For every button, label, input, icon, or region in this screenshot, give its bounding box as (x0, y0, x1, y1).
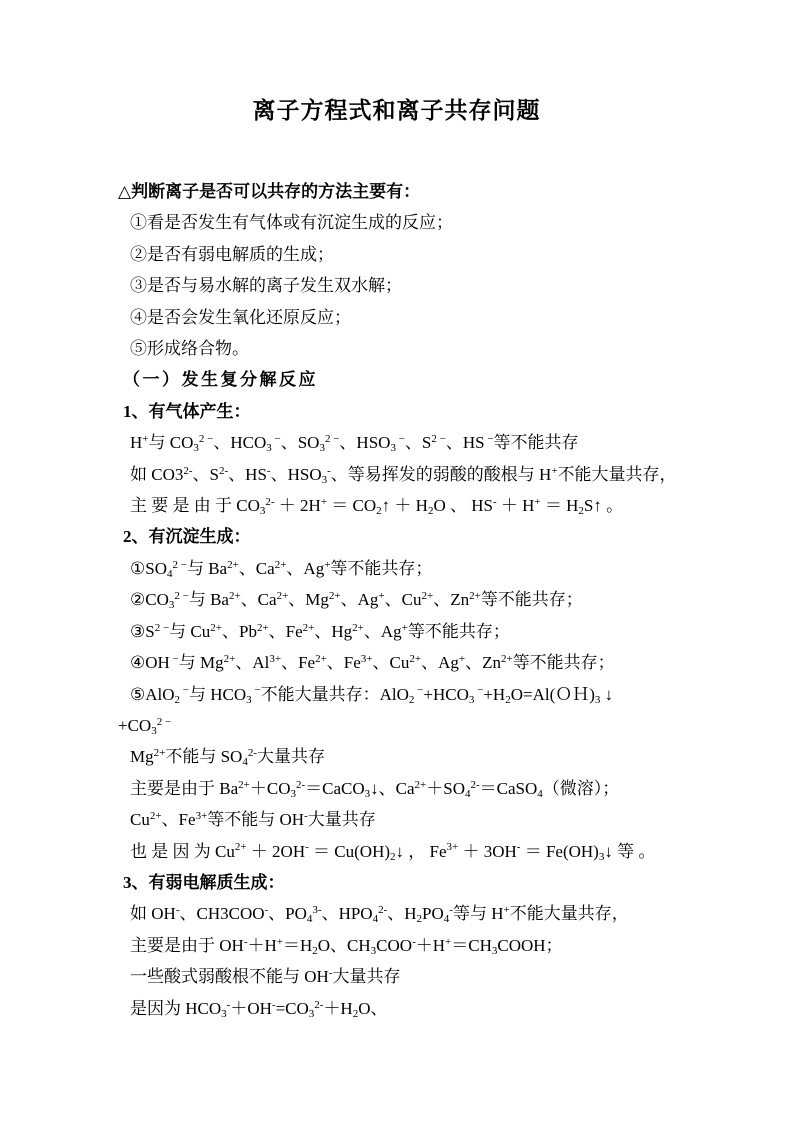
document-body: △判断离子是否可以共存的方法主要有：①看是否发生有气体或有沉淀生成的反应；②是否… (0, 176, 793, 1024)
paragraph-22: 也 是 因 为 Cu2+ ＋ 2OH- ＝ Cu(OH)2↓ ， Fe3+ ＋ … (118, 836, 703, 867)
paragraph-6: ⑤形成络合物。 (118, 333, 703, 364)
paragraph-7: （一）发生复分解反应 (118, 364, 703, 395)
paragraph-10: 如 CO32-、S2-、HS-、HSO3-、等易挥发的弱酸的酸根与 H+不能大量… (118, 459, 703, 490)
paragraph-23: 3、有弱电解质生成： (118, 867, 703, 898)
paragraph-26: 一些酸式弱酸根不能与 OH-大量共存 (118, 961, 703, 992)
paragraph-18: +CO32 − (118, 710, 703, 741)
document-page: 离子方程式和离子共存问题 △判断离子是否可以共存的方法主要有：①看是否发生有气体… (0, 0, 793, 1122)
paragraph-24: 如 OH-、CH3COO-、PO43-、HPO42-、H2PO4-等与 H+不能… (118, 898, 703, 929)
paragraph-1: △判断离子是否可以共存的方法主要有： (118, 176, 703, 207)
paragraph-19: Mg2+不能与 SO42-大量共存 (118, 741, 703, 772)
paragraph-5: ④是否会发生氧化还原反应； (118, 302, 703, 333)
paragraph-3: ②是否有弱电解质的生成； (118, 239, 703, 270)
paragraph-8: 1、有气体产生： (118, 396, 703, 427)
paragraph-27: 是因为 HCO3-＋OH-=CO32-＋H2O、 (118, 993, 703, 1024)
paragraph-25: 主要是由于 OH-＋H+＝H2O、CH3COO-＋H+＝CH3COOH； (118, 930, 703, 961)
paragraph-20: 主要是由于 Ba2+＋CO32-＝CaCO3↓、Ca2+＋SO42-＝CaSO4… (118, 773, 703, 804)
paragraph-21: Cu2+、Fe3+等不能与 OH-大量共存 (118, 804, 703, 835)
paragraph-11: 主 要 是 由 于 CO32- ＋ 2H+ ＝ CO2↑ ＋ H2O 、 HS-… (118, 490, 703, 521)
paragraph-14: ②CO32 −与 Ba2+、Ca2+、Mg2+、Ag+、Cu2+、Zn2+等不能… (118, 584, 703, 615)
paragraph-16: ④OH −与 Mg2+、Al3+、Fe2+、Fe3+、Cu2+、Ag+、Zn2+… (118, 647, 703, 678)
paragraph-9: H+与 CO32 −、HCO3 −、SO32 −、HSO3 −、S2 −、HS … (118, 427, 703, 458)
document-title: 离子方程式和离子共存问题 (0, 0, 793, 125)
paragraph-2: ①看是否发生有气体或有沉淀生成的反应； (118, 207, 703, 238)
paragraph-12: 2、有沉淀生成： (118, 521, 703, 552)
paragraph-15: ③S2 −与 Cu2+、Pb2+、Fe2+、Hg2+、Ag+等不能共存； (118, 616, 703, 647)
paragraph-13: ①SO42 −与 Ba2+、Ca2+、Ag+等不能共存； (118, 553, 703, 584)
paragraph-17: ⑤AlO2 −与 HCO3 −不能大量共存：AlO2 −+HCO3 −+H2O=… (118, 679, 703, 710)
paragraph-4: ③是否与易水解的离子发生双水解； (118, 270, 703, 301)
